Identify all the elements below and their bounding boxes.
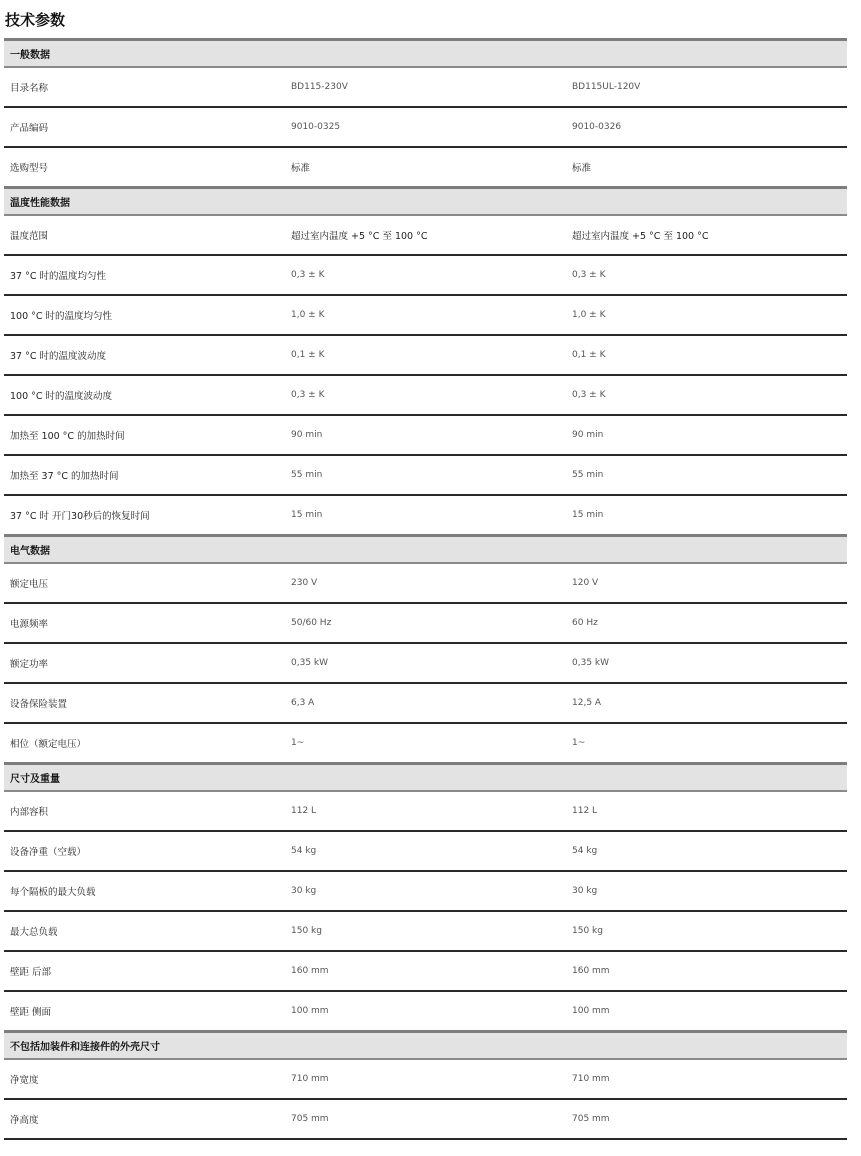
value-model-230v: 50/60 Hz bbox=[285, 603, 566, 643]
table-row: 相位（额定电压） 1~ 1~ bbox=[4, 723, 847, 764]
table-row: 额定功率 0,35 kW 0,35 kW bbox=[4, 643, 847, 683]
value-model-120v: 标准 bbox=[566, 147, 847, 188]
value-model-230v: 标准 bbox=[285, 147, 566, 188]
value-model-120v: 0,1 ± K bbox=[566, 335, 847, 375]
value-model-230v: 0,3 ± K bbox=[285, 375, 566, 415]
value-model-230v: 710 mm bbox=[285, 1059, 566, 1099]
row-label: 100 °C 时的温度波动度 bbox=[4, 375, 285, 415]
value-model-120v: 112 L bbox=[566, 791, 847, 831]
table-row: 加热至 37 °C 的加热时间 55 min 55 min bbox=[4, 455, 847, 495]
table-row: 37 °C 时的温度均匀性 0,3 ± K 0,3 ± K bbox=[4, 255, 847, 295]
table-row: 电源频率 50/60 Hz 60 Hz bbox=[4, 603, 847, 643]
value-model-120v: 超过室内温度 +5 °C 至 100 °C bbox=[566, 215, 847, 255]
table-row: 100 °C 时的温度均匀性 1,0 ± K 1,0 ± K bbox=[4, 295, 847, 335]
table-row: 净高度 705 mm 705 mm bbox=[4, 1099, 847, 1139]
value-model-120v: BD115UL-120V bbox=[566, 67, 847, 107]
row-label: 额定电压 bbox=[4, 563, 285, 603]
value-model-230v: 0,35 kW bbox=[285, 643, 566, 683]
value-model-120v: 0,35 kW bbox=[566, 643, 847, 683]
spec-table: 一般数据 目录名称 BD115-230V BD115UL-120V 产品编码 9… bbox=[4, 38, 847, 1140]
row-label: 加热至 37 °C 的加热时间 bbox=[4, 455, 285, 495]
section-header-general: 一般数据 bbox=[4, 40, 847, 68]
value-model-120v: 1~ bbox=[566, 723, 847, 764]
value-model-120v: 12,5 A bbox=[566, 683, 847, 723]
section-header-external-dimensions: 不包括加装件和连接件的外壳尺寸 bbox=[4, 1032, 847, 1060]
value-model-120v: 100 mm bbox=[566, 991, 847, 1032]
row-label: 温度范围 bbox=[4, 215, 285, 255]
value-model-230v: 100 mm bbox=[285, 991, 566, 1032]
row-label: 电源频率 bbox=[4, 603, 285, 643]
row-label: 壁距 后部 bbox=[4, 951, 285, 991]
row-label: 净高度 bbox=[4, 1099, 285, 1139]
row-label: 37 °C 时的温度波动度 bbox=[4, 335, 285, 375]
value-model-230v: 54 kg bbox=[285, 831, 566, 871]
row-label: 选购型号 bbox=[4, 147, 285, 188]
value-model-120v: 705 mm bbox=[566, 1099, 847, 1139]
value-model-120v: 15 min bbox=[566, 495, 847, 536]
section-heading: 尺寸及重量 bbox=[4, 764, 847, 792]
section-heading: 温度性能数据 bbox=[4, 188, 847, 216]
value-model-120v: 90 min bbox=[566, 415, 847, 455]
table-row: 壁距 侧面 100 mm 100 mm bbox=[4, 991, 847, 1032]
value-model-230v: BD115-230V bbox=[285, 67, 566, 107]
value-model-120v: 55 min bbox=[566, 455, 847, 495]
row-label: 净宽度 bbox=[4, 1059, 285, 1099]
row-label: 最大总负载 bbox=[4, 911, 285, 951]
section-heading: 一般数据 bbox=[4, 40, 847, 68]
table-row: 设备保险装置 6,3 A 12,5 A bbox=[4, 683, 847, 723]
table-row: 壁距 后部 160 mm 160 mm bbox=[4, 951, 847, 991]
value-model-230v: 150 kg bbox=[285, 911, 566, 951]
value-model-230v: 705 mm bbox=[285, 1099, 566, 1139]
value-model-120v: 0,3 ± K bbox=[566, 255, 847, 295]
row-label: 每个隔板的最大负载 bbox=[4, 871, 285, 911]
row-label: 目录名称 bbox=[4, 67, 285, 107]
value-model-230v: 1,0 ± K bbox=[285, 295, 566, 335]
table-row: 加热至 100 °C 的加热时间 90 min 90 min bbox=[4, 415, 847, 455]
section-header-temperature: 温度性能数据 bbox=[4, 188, 847, 216]
row-label: 设备保险装置 bbox=[4, 683, 285, 723]
spec-page: 技术参数 一般数据 目录名称 BD115-230V BD115UL-120V 产… bbox=[0, 0, 861, 1140]
table-row: 内部容积 112 L 112 L bbox=[4, 791, 847, 831]
table-row: 产品编码 9010-0325 9010-0326 bbox=[4, 107, 847, 147]
value-model-120v: 120 V bbox=[566, 563, 847, 603]
table-row: 净宽度 710 mm 710 mm bbox=[4, 1059, 847, 1099]
value-model-230v: 160 mm bbox=[285, 951, 566, 991]
value-model-230v: 1~ bbox=[285, 723, 566, 764]
table-row: 选购型号 标准 标准 bbox=[4, 147, 847, 188]
value-model-230v: 30 kg bbox=[285, 871, 566, 911]
table-row: 设备净重（空载） 54 kg 54 kg bbox=[4, 831, 847, 871]
table-row: 额定电压 230 V 120 V bbox=[4, 563, 847, 603]
value-model-120v: 1,0 ± K bbox=[566, 295, 847, 335]
table-row: 每个隔板的最大负载 30 kg 30 kg bbox=[4, 871, 847, 911]
row-label: 37 °C 时 开门30秒后的恢复时间 bbox=[4, 495, 285, 536]
value-model-230v: 0,3 ± K bbox=[285, 255, 566, 295]
section-heading: 电气数据 bbox=[4, 536, 847, 564]
table-row: 目录名称 BD115-230V BD115UL-120V bbox=[4, 67, 847, 107]
page-title: 技术参数 bbox=[4, 0, 846, 38]
value-model-120v: 30 kg bbox=[566, 871, 847, 911]
value-model-230v: 0,1 ± K bbox=[285, 335, 566, 375]
section-header-electrical: 电气数据 bbox=[4, 536, 847, 564]
value-model-230v: 55 min bbox=[285, 455, 566, 495]
value-model-230v: 112 L bbox=[285, 791, 566, 831]
section-header-dimensions-weight: 尺寸及重量 bbox=[4, 764, 847, 792]
value-model-120v: 54 kg bbox=[566, 831, 847, 871]
row-label: 加热至 100 °C 的加热时间 bbox=[4, 415, 285, 455]
row-label: 产品编码 bbox=[4, 107, 285, 147]
value-model-120v: 0,3 ± K bbox=[566, 375, 847, 415]
row-label: 37 °C 时的温度均匀性 bbox=[4, 255, 285, 295]
row-label: 相位（额定电压） bbox=[4, 723, 285, 764]
value-model-230v: 9010-0325 bbox=[285, 107, 566, 147]
table-row: 37 °C 时 开门30秒后的恢复时间 15 min 15 min bbox=[4, 495, 847, 536]
table-row: 37 °C 时的温度波动度 0,1 ± K 0,1 ± K bbox=[4, 335, 847, 375]
table-row: 温度范围 超过室内温度 +5 °C 至 100 °C 超过室内温度 +5 °C … bbox=[4, 215, 847, 255]
value-model-120v: 9010-0326 bbox=[566, 107, 847, 147]
table-row: 最大总负载 150 kg 150 kg bbox=[4, 911, 847, 951]
value-model-120v: 150 kg bbox=[566, 911, 847, 951]
value-model-120v: 60 Hz bbox=[566, 603, 847, 643]
value-model-120v: 160 mm bbox=[566, 951, 847, 991]
table-row: 100 °C 时的温度波动度 0,3 ± K 0,3 ± K bbox=[4, 375, 847, 415]
value-model-230v: 230 V bbox=[285, 563, 566, 603]
row-label: 100 °C 时的温度均匀性 bbox=[4, 295, 285, 335]
section-heading: 不包括加装件和连接件的外壳尺寸 bbox=[4, 1032, 847, 1060]
row-label: 设备净重（空载） bbox=[4, 831, 285, 871]
row-label: 额定功率 bbox=[4, 643, 285, 683]
value-model-120v: 710 mm bbox=[566, 1059, 847, 1099]
row-label: 壁距 侧面 bbox=[4, 991, 285, 1032]
value-model-230v: 15 min bbox=[285, 495, 566, 536]
row-label: 内部容积 bbox=[4, 791, 285, 831]
value-model-230v: 超过室内温度 +5 °C 至 100 °C bbox=[285, 215, 566, 255]
value-model-230v: 90 min bbox=[285, 415, 566, 455]
value-model-230v: 6,3 A bbox=[285, 683, 566, 723]
